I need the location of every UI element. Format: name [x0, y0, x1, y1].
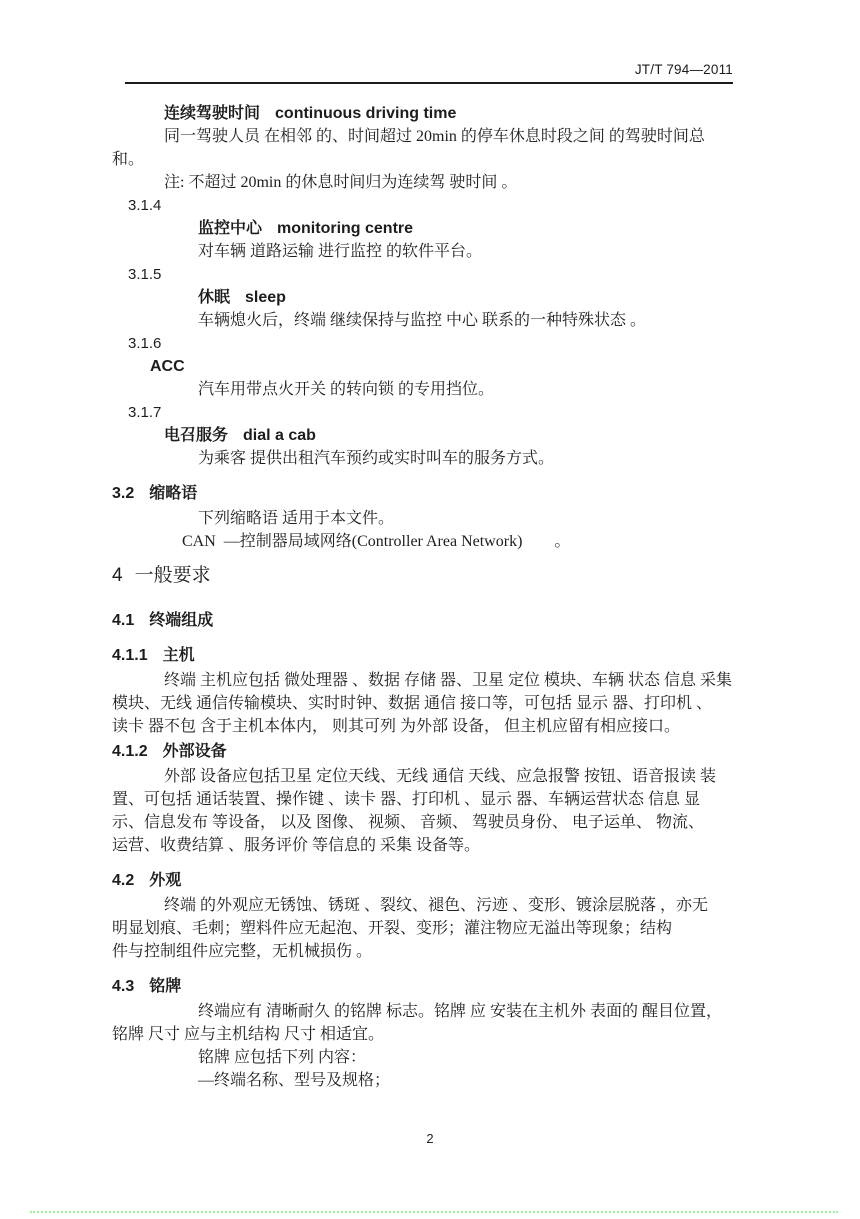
term-english: dial a cab: [243, 427, 316, 444]
section-heading: 4.1.2外部设备: [112, 740, 744, 763]
text-line: 和。: [112, 148, 744, 171]
text-line: 终端 的外观应无锈蚀、锈斑 、裂纹、褪色、污迹 、变形、镀涂层脱落 ，亦无: [112, 894, 744, 917]
term-chinese: 电召服务: [164, 427, 228, 444]
section-heading: 4.1.1主机: [112, 644, 744, 667]
text-line: 运营、收费结算 、服务评价 等信息的 采集 设备等。: [112, 834, 744, 857]
section-heading: 4.2外观: [112, 869, 744, 892]
term-line: 休眠sleep: [112, 286, 744, 309]
heading-title: 铭牌: [149, 978, 181, 995]
text-line: 终端 主机应包括 微处理器 、数据 存储 器、卫星 定位 模块、车辆 状态 信息…: [112, 669, 744, 692]
text-line: 对车辆 道路运输 进行监控 的软件平台。: [112, 240, 744, 263]
document-body: 连续驾驶时间continuous driving time同一驾驶人员 在相邻 …: [112, 102, 744, 1092]
heading-number: 4.1: [112, 612, 134, 629]
heading-title: 一般要求: [135, 565, 211, 586]
text-line: CAN —控制器局域网络(Controller Area Network) 。: [112, 530, 744, 553]
clause-number: 3.1.4: [112, 194, 744, 217]
section-heading: 4.1终端组成: [112, 609, 744, 632]
text-line: 终端应有 清晰耐久 的铭牌 标志。铭牌 应 安装在主机外 表面的 醒目位置，: [112, 1000, 744, 1023]
heading-title: 终端组成: [149, 612, 213, 629]
page: JT/T 794—2011 连续驾驶时间continuous driving t…: [0, 0, 860, 1219]
chapter-heading: 4一般要求: [112, 563, 744, 589]
heading-number: 3.2: [112, 485, 134, 502]
text-line: 同一驾驶人员 在相邻 的、时间超过 20min 的停车休息时段之间 的驾驶时间总: [112, 125, 744, 148]
text-line: 读卡 器不包 含于主机本体内， 则其可列 为外部 设备， 但主机应留有相应接口。: [112, 715, 744, 738]
term-english: sleep: [245, 289, 286, 306]
text-line: 示、信息发布 等设备， 以及 图像、 视频、 音频、 驾驶员身份、 电子运单、 …: [112, 811, 744, 834]
term-english: monitoring centre: [277, 220, 413, 237]
text-line: 为乘客 提供出租汽车预约或实时叫车的服务方式。: [112, 447, 744, 470]
term-chinese: 休眠: [198, 289, 230, 306]
text-line: —终端名称、型号及规格；: [112, 1069, 744, 1092]
text-line: 铭牌 尺寸 应与主机结构 尺寸 相适宜。: [112, 1023, 744, 1046]
heading-title: 缩略语: [149, 485, 197, 502]
clause-number: 3.1.5: [112, 263, 744, 286]
text-line: 下列缩略语 适用于本文件。: [112, 507, 744, 530]
text-line: 车辆熄火后，终端 继续保持与监控 中心 联系的一种特殊状态 。: [112, 309, 744, 332]
term-chinese: 连续驾驶时间: [164, 105, 260, 122]
heading-number: 4: [112, 565, 123, 586]
term-line: ACC: [112, 355, 744, 378]
term-line: 监控中心monitoring centre: [112, 217, 744, 240]
heading-title: 外部设备: [163, 743, 227, 760]
header-rule: [125, 82, 733, 84]
text-line: 置、可包括 通话装置、操作键 、读卡 器、打印机 、显示 器、车辆运营状态 信息…: [112, 788, 744, 811]
text-line: 明显划痕、毛刺；塑料件应无起泡、开裂、变形；灌注物应无溢出等现象；结构: [112, 917, 744, 940]
doc-code: JT/T 794—2011: [635, 62, 733, 77]
clause-number: 3.1.6: [112, 332, 744, 355]
heading-title: 主机: [163, 647, 195, 664]
heading-number: 4.2: [112, 872, 134, 889]
term-line: 电召服务dial a cab: [112, 424, 744, 447]
text-line: 模块、无线 通信传输模块、实时时钟、数据 通信 接口等，可包括 显示 器、打印机…: [112, 692, 744, 715]
heading-number: 4.1.2: [112, 743, 148, 760]
section-heading: 4.3铭牌: [112, 975, 744, 998]
text-line: 外部 设备应包括卫星 定位天线、无线 通信 天线、应急报警 按钮、语音报读 装: [112, 765, 744, 788]
text-line: 铭牌 应包括下列 内容：: [112, 1046, 744, 1069]
section-heading: 3.2缩略语: [112, 482, 744, 505]
heading-number: 4.3: [112, 978, 134, 995]
text-line: 件与控制组件应完整，无机械损伤 。: [112, 940, 744, 963]
page-number: 2: [0, 1131, 860, 1146]
term-english: continuous driving time: [275, 105, 456, 122]
footer-dotted-line: [30, 1211, 838, 1213]
heading-title: 外观: [149, 872, 181, 889]
clause-number: 3.1.7: [112, 401, 744, 424]
heading-number: 4.1.1: [112, 647, 148, 664]
note-line: 注: 不超过 20min 的休息时间归为连续驾 驶时间 。: [112, 171, 744, 194]
term-english: ACC: [150, 358, 185, 375]
term-line: 连续驾驶时间continuous driving time: [112, 102, 744, 125]
text-line: 汽车用带点火开关 的转向锁 的专用挡位。: [112, 378, 744, 401]
term-chinese: 监控中心: [198, 220, 262, 237]
